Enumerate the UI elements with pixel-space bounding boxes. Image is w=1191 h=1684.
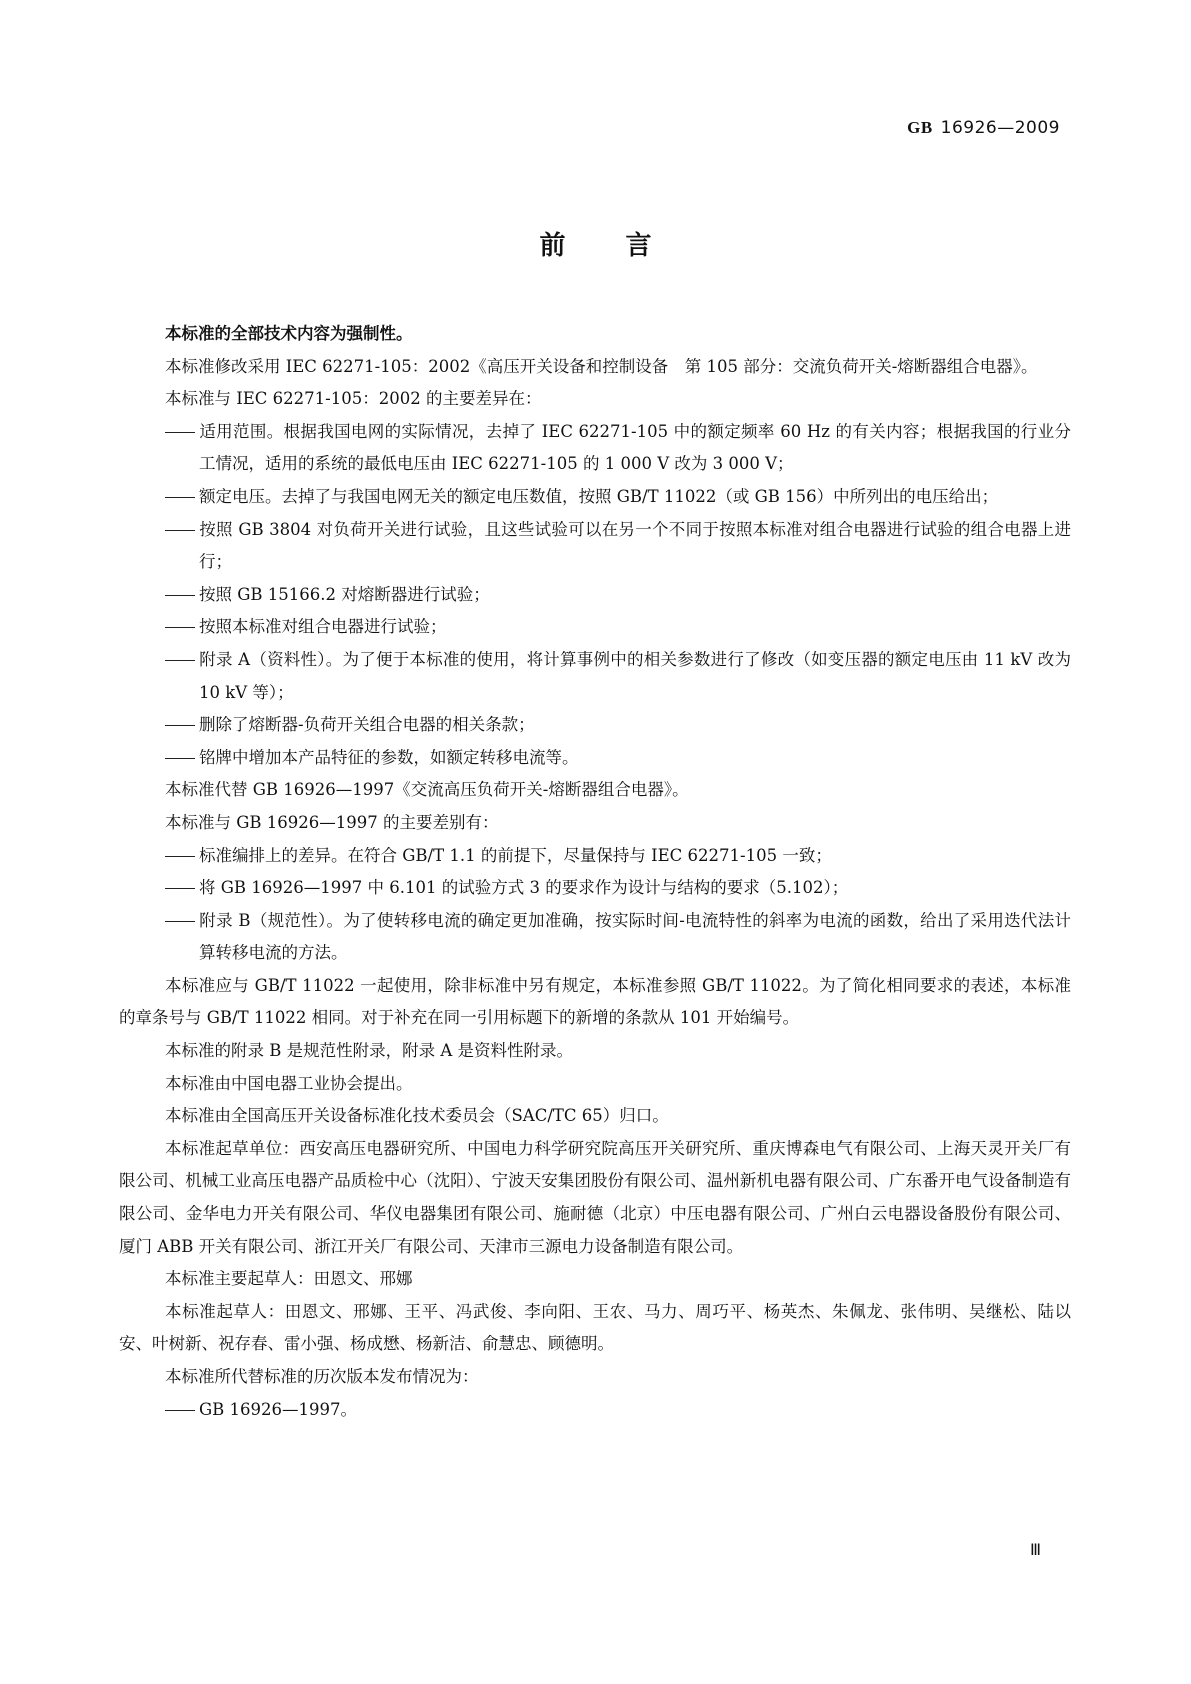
paragraph: 本标准由全国高压开关设备标准化技术委员会（SAC/TC 65）归口。 bbox=[119, 1100, 1071, 1133]
dash-bullet-icon bbox=[165, 416, 199, 449]
dash-bullet-icon bbox=[165, 840, 199, 873]
paragraph: 本标准起草人：田恩文、邢娜、王平、冯武俊、李向阳、王农、马力、周巧平、杨英杰、朱… bbox=[119, 1296, 1071, 1361]
list-item-text: 附录 A（资料性）。为了便于本标准的使用，将计算事例中的相关参数进行了修改（如变… bbox=[199, 650, 1071, 702]
list-item: 标准编排上的差异。在符合 GB/T 1.1 的前提下，尽量保持与 IEC 622… bbox=[165, 840, 1071, 873]
dash-bullet-icon bbox=[165, 905, 199, 938]
list-item-text: 按照本标准对组合电器进行试验； bbox=[199, 617, 447, 636]
list-item-text: GB 16926—1997。 bbox=[199, 1400, 357, 1419]
list-item: 按照本标准对组合电器进行试验； bbox=[165, 611, 1071, 644]
list-item-text: 标准编排上的差异。在符合 GB/T 1.1 的前提下，尽量保持与 IEC 622… bbox=[199, 846, 832, 865]
list-item: 附录 B（规范性）。为了使转移电流的确定更加准确，按实际时间-电流特性的斜率为电… bbox=[165, 905, 1071, 970]
list-item: GB 16926—1997。 bbox=[165, 1394, 1071, 1427]
document-body: 本标准的全部技术内容为强制性。本标准修改采用 IEC 62271-105：200… bbox=[119, 318, 1071, 1426]
dash-bullet-icon bbox=[165, 742, 199, 775]
standard-code: 16926—2009 bbox=[941, 118, 1060, 138]
page-number: Ⅲ bbox=[1030, 1540, 1041, 1560]
paragraph: 本标准与 IEC 62271-105：2002 的主要差异在： bbox=[119, 383, 1071, 416]
list-item: 铭牌中增加本产品特征的参数，如额定转移电流等。 bbox=[165, 742, 1071, 775]
paragraph: 本标准与 GB 16926—1997 的主要差别有： bbox=[119, 807, 1071, 840]
paragraph: 本标准由中国电器工业协会提出。 bbox=[119, 1068, 1071, 1101]
dash-bullet-icon bbox=[165, 481, 199, 514]
list-item: 按照 GB 3804 对负荷开关进行试验，且这些试验可以在另一个不同于按照本标准… bbox=[165, 514, 1071, 579]
standard-number: GB16926—2009 bbox=[907, 118, 1060, 138]
list-item: 删除了熔断器-负荷开关组合电器的相关条款； bbox=[165, 709, 1071, 742]
dash-bullet-icon bbox=[165, 644, 199, 677]
list-item-text: 按照 GB 15166.2 对熔断器进行试验； bbox=[199, 585, 490, 604]
paragraph: 本标准代替 GB 16926—1997《交流高压负荷开关-熔断器组合电器》。 bbox=[119, 774, 1071, 807]
paragraph: 本标准起草单位：西安高压电器研究所、中国电力科学研究院高压开关研究所、重庆博森电… bbox=[119, 1133, 1071, 1263]
paragraph: 本标准的附录 B 是规范性附录，附录 A 是资料性附录。 bbox=[119, 1035, 1071, 1068]
list-item: 适用范围。根据我国电网的实际情况，去掉了 IEC 62271-105 中的额定频… bbox=[165, 416, 1071, 481]
list-item-text: 铭牌中增加本产品特征的参数，如额定转移电流等。 bbox=[199, 748, 579, 767]
page-title: 前言 bbox=[0, 225, 1191, 262]
dash-bullet-icon bbox=[165, 579, 199, 612]
paragraph: 本标准修改采用 IEC 62271-105：2002《高压开关设备和控制设备 第… bbox=[119, 351, 1071, 384]
paragraph: 本标准所代替标准的历次版本发布情况为： bbox=[119, 1361, 1071, 1394]
paragraph: 本标准应与 GB/T 11022 一起使用，除非标准中另有规定，本标准参照 GB… bbox=[119, 970, 1071, 1035]
list-item-text: 删除了熔断器-负荷开关组合电器的相关条款； bbox=[199, 715, 535, 734]
standard-prefix: GB bbox=[907, 118, 933, 137]
list-item: 按照 GB 15166.2 对熔断器进行试验； bbox=[165, 579, 1071, 612]
list-item-text: 附录 B（规范性）。为了使转移电流的确定更加准确，按实际时间-电流特性的斜率为电… bbox=[199, 911, 1071, 963]
dash-bullet-icon bbox=[165, 514, 199, 547]
paragraph: 本标准主要起草人：田恩文、邢娜 bbox=[119, 1263, 1071, 1296]
list-item-text: 按照 GB 3804 对负荷开关进行试验，且这些试验可以在另一个不同于按照本标准… bbox=[199, 520, 1071, 572]
list-item-text: 将 GB 16926—1997 中 6.101 的试验方式 3 的要求作为设计与… bbox=[199, 878, 848, 897]
list-item-text: 额定电压。去掉了与我国电网无关的额定电压数值，按照 GB/T 11022（或 G… bbox=[199, 487, 998, 506]
list-item-text: 适用范围。根据我国电网的实际情况，去掉了 IEC 62271-105 中的额定频… bbox=[199, 422, 1071, 474]
list-item: 附录 A（资料性）。为了便于本标准的使用，将计算事例中的相关参数进行了修改（如变… bbox=[165, 644, 1071, 709]
dash-bullet-icon bbox=[165, 709, 199, 742]
dash-bullet-icon bbox=[165, 1394, 199, 1427]
dash-bullet-icon bbox=[165, 872, 199, 905]
list-item: 额定电压。去掉了与我国电网无关的额定电压数值，按照 GB/T 11022（或 G… bbox=[165, 481, 1071, 514]
list-item: 将 GB 16926—1997 中 6.101 的试验方式 3 的要求作为设计与… bbox=[165, 872, 1071, 905]
dash-bullet-icon bbox=[165, 611, 199, 644]
mandatory-statement: 本标准的全部技术内容为强制性。 bbox=[119, 318, 1071, 351]
